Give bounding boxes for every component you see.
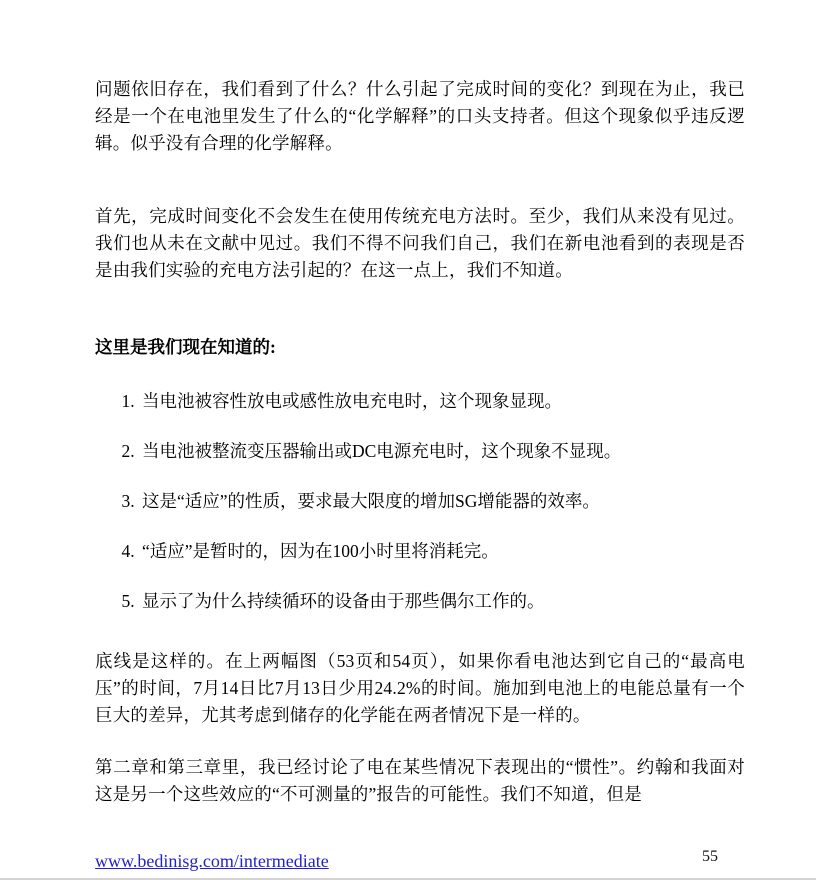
page-number: 55: [702, 849, 718, 865]
paragraph-problem-remains: 问题依旧存在，我们看到了什么？什么引起了完成时间的变化？到现在为止，我已经是一个…: [95, 76, 745, 157]
page-content: 问题依旧存在，我们看到了什么？什么引起了完成时间的变化？到现在为止，我已经是一个…: [0, 0, 816, 808]
footer-website-link[interactable]: www.bedinisg.com/intermediate: [95, 851, 329, 871]
list-item-1: 当电池被容性放电或感性放电充电时，这个现象显现。: [139, 388, 745, 415]
paragraph-first-observation: 首先，完成时间变化不会发生在使用传统充电方法时。至少，我们从来没有见过。我们也从…: [95, 203, 745, 284]
known-facts-list: 当电池被容性放电或感性放电充电时，这个现象显现。 当电池被整流变压器输出或DC电…: [95, 388, 745, 615]
list-item-4: “适应”是暂时的，因为在100小时里将消耗完。: [139, 538, 745, 565]
section-heading-what-we-know: 这里是我们现在知道的:: [95, 334, 745, 361]
paragraph-chapters-inertia: 第二章和第三章里，我已经讨论了电在某些情况下表现出的“惯性”。约翰和我面对这是另…: [95, 754, 745, 808]
list-item-3: 这是“适应”的性质，要求最大限度的增加SG增能器的效率。: [139, 488, 745, 515]
list-item-2: 当电池被整流变压器输出或DC电源充电时，这个现象不显现。: [139, 438, 745, 465]
document-page: 问题依旧存在，我们看到了什么？什么引起了完成时间的变化？到现在为止，我已经是一个…: [0, 0, 816, 880]
list-item-5: 显示了为什么持续循环的设备由于那些偶尔工作的。: [139, 588, 745, 615]
paragraph-bottom-line: 底线是这样的。在上两幅图（53页和54页），如果你看电池达到它自己的“最高电压”…: [95, 648, 745, 729]
